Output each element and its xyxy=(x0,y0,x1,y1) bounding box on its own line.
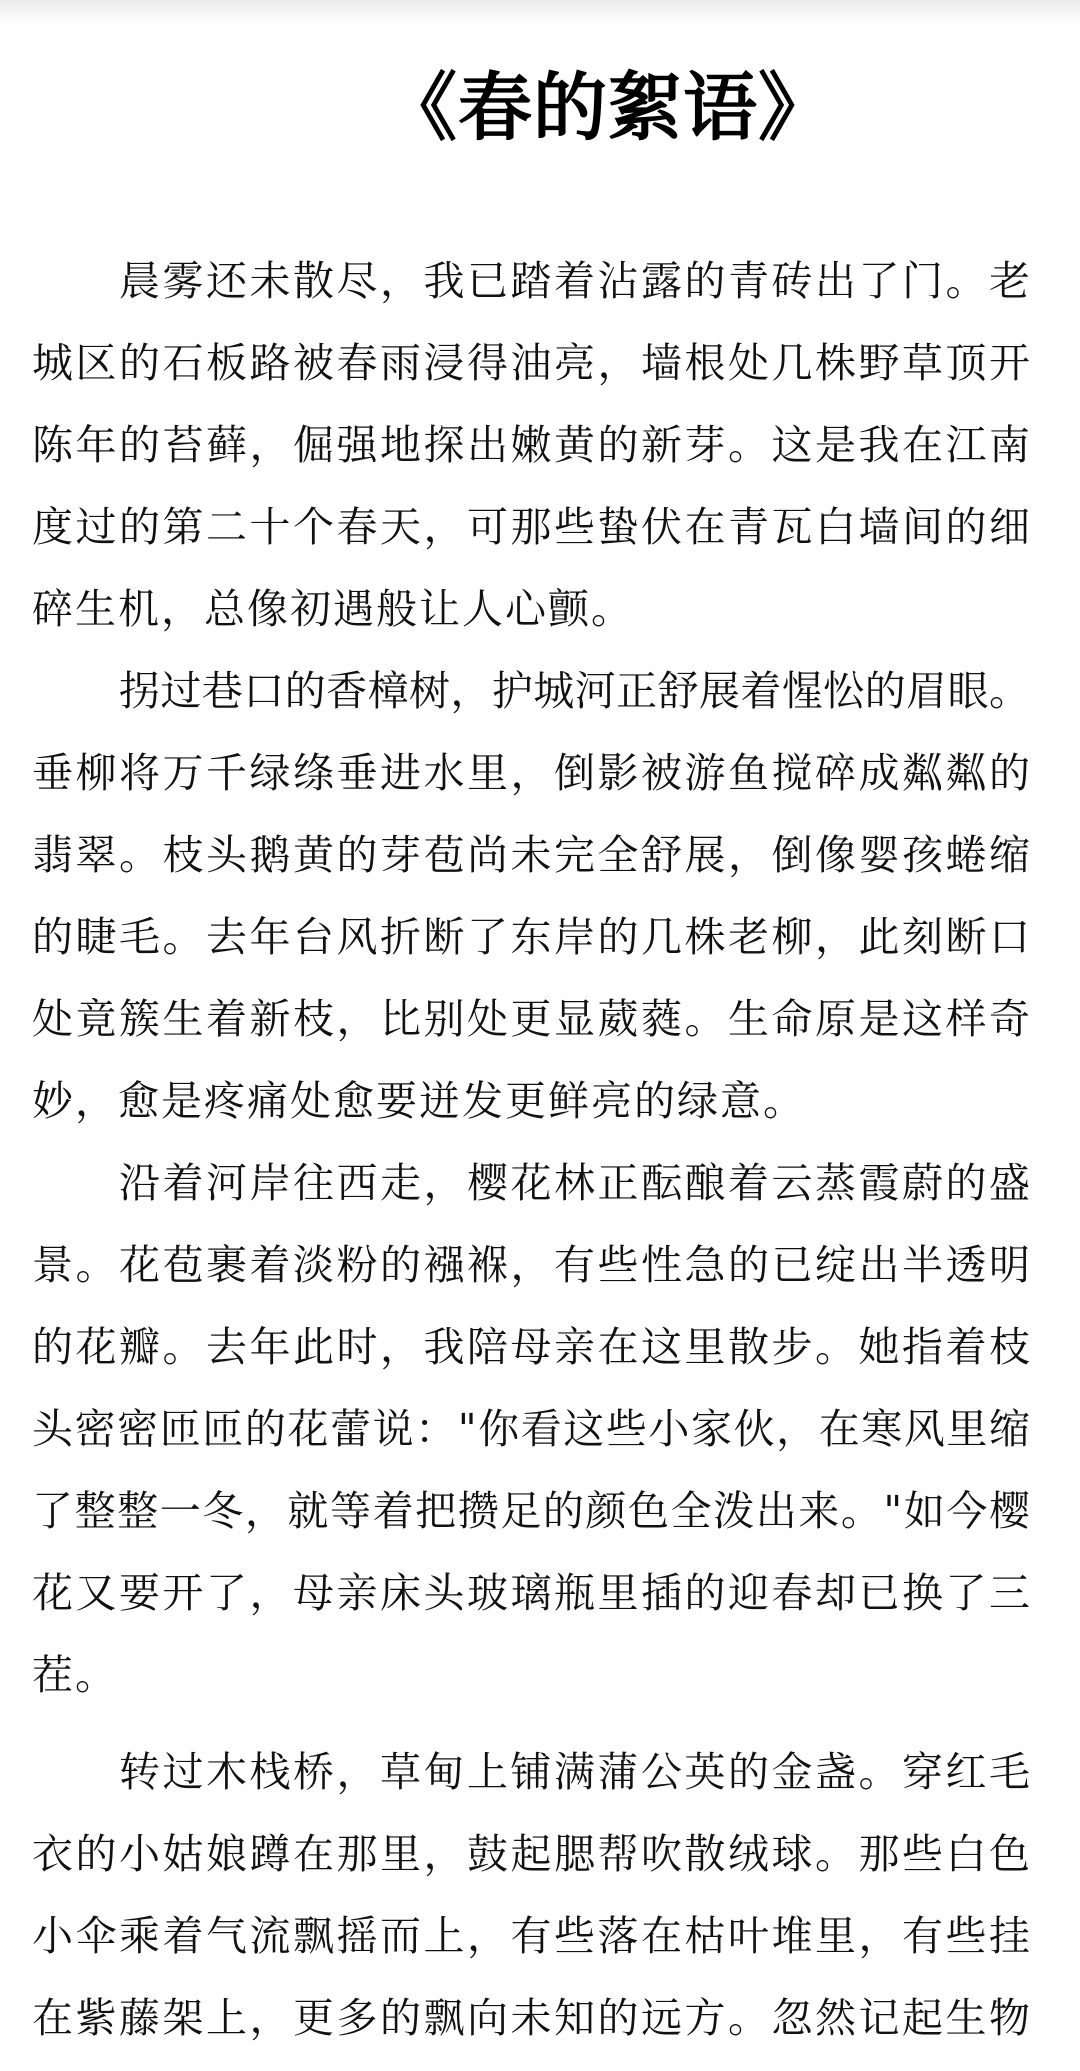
text-line: 头密密匝匝的花蕾说："你看这些小家伙，在寒风里缩 xyxy=(32,1388,1030,1470)
text-line: 妙，愈是疼痛处愈要迸发更鲜亮的绿意。 xyxy=(32,1060,1030,1142)
text-line: 衣的小姑娘蹲在那里，鼓起腮帮吹散绒球。那些白色 xyxy=(32,1813,1030,1895)
text-line: 拐过巷口的香樟树，护城河正舒展着惺忪的眉眼。 xyxy=(119,650,1030,732)
text-line: 花又要开了，母亲床头玻璃瓶里插的迎春却已换了三 xyxy=(32,1552,1030,1634)
text-line: 晨雾还未散尽，我已踏着沾露的青砖出了门。老 xyxy=(119,240,1030,322)
text-line: 转过木栈桥，草甸上铺满蒲公英的金盏。穿红毛 xyxy=(119,1731,1030,1813)
text-line: 城区的石板路被春雨浸得油亮，墙根处几株野草顶开 xyxy=(32,322,1030,404)
text-line: 翡翠。枝头鹅黄的芽苞尚未完全舒展，倒像婴孩蜷缩 xyxy=(32,814,1030,896)
text-line: 在紫藤架上，更多的飘向未知的远方。忽然记起生物 xyxy=(32,1977,1030,2059)
text-line: 沿着河岸往西走，樱花林正酝酿着云蒸霞蔚的盛 xyxy=(119,1142,1030,1224)
text-line: 垂柳将万千绿绦垂进水里，倒影被游鱼搅碎成粼粼的 xyxy=(32,732,1030,814)
text-line: 的花瓣。去年此时，我陪母亲在这里散步。她指着枝 xyxy=(32,1306,1030,1388)
text-line: 景。花苞裹着淡粉的襁褓，有些性急的已绽出半透明 xyxy=(32,1224,1030,1306)
text-line: 了整整一冬，就等着把攒足的颜色全泼出来。"如今樱 xyxy=(32,1470,1030,1552)
top-shade xyxy=(0,0,1080,26)
text-line: 度过的第二十个春天，可那些蛰伏在青瓦白墙间的细 xyxy=(32,486,1030,568)
text-line: 小伞乘着气流飘摇而上，有些落在枯叶堆里，有些挂 xyxy=(32,1895,1030,1977)
page-title: 《春的絮语》 xyxy=(0,58,1080,158)
text-line: 处竟簇生着新枝，比别处更显葳蕤。生命原是这样奇 xyxy=(32,978,1030,1060)
text-line: 的睫毛。去年台风折断了东岸的几株老柳，此刻断口 xyxy=(32,896,1030,978)
text-line: 碎生机，总像初遇般让人心颤。 xyxy=(32,568,1030,650)
text-line: 陈年的苔藓，倔强地探出嫩黄的新芽。这是我在江南 xyxy=(32,404,1030,486)
text-line: 茬。 xyxy=(32,1634,1030,1716)
